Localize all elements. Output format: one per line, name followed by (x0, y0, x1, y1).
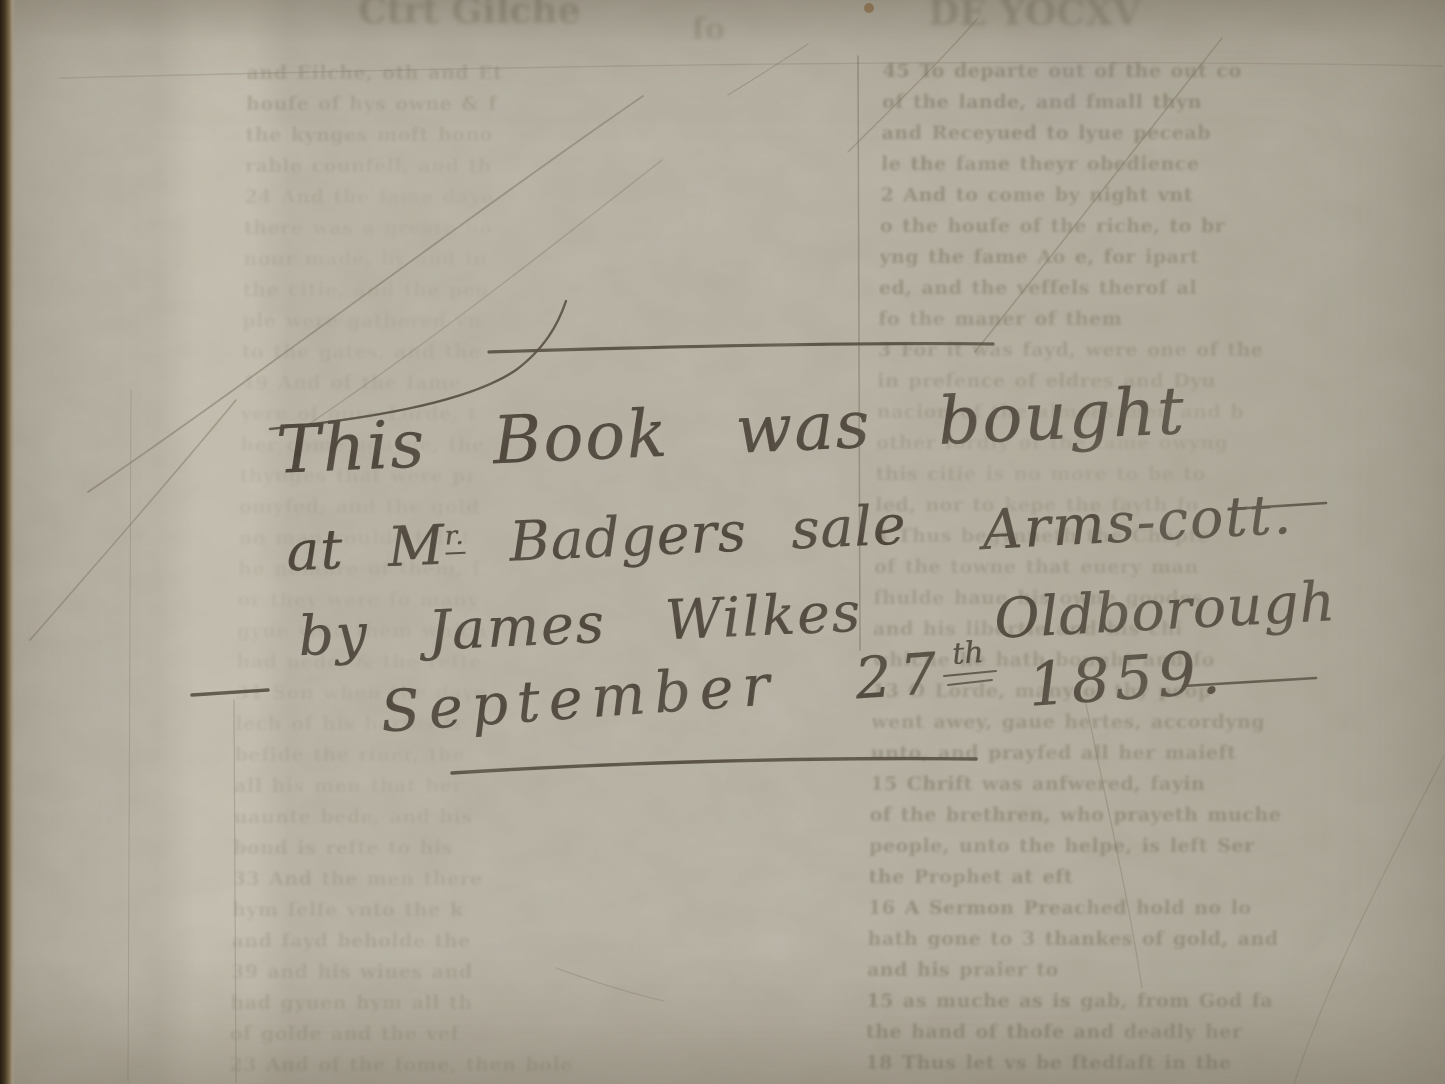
ghost-line: hym ſelfe vnto the k (232, 895, 847, 926)
ghost-line: of the brethren, who prayeth muche (869, 800, 1445, 831)
ghost-line: 3 For it was fayd, were one of the (878, 335, 1445, 366)
ghost-line: befide the riuer, the (234, 740, 849, 771)
ghost-line: lech of his hartes tr (235, 709, 850, 740)
ghost-line: yere of oure Lorde, t (240, 399, 855, 430)
ghost-line: 39 and his wiues and (231, 957, 846, 988)
ghost-line: the citie, and the peo (243, 275, 858, 306)
ghost-line: the hand of thofe and deadly her (866, 1017, 1442, 1048)
ghost-line: o the houfe of the riche, to br (880, 211, 1445, 242)
ghost-line: other lordly of the fame owyng (876, 428, 1445, 459)
ghost-line: ed, and the veffels therof al (879, 273, 1445, 304)
ghost-line: 45 To departe out of the out co (882, 56, 1445, 87)
ghost-line: people, unto the helpe, is left Ser (869, 831, 1445, 862)
ghost-line: and his praier to (867, 955, 1443, 986)
ghost-line: had nede, & the refte (236, 647, 851, 678)
ghost-line: 33 And the men there (232, 864, 847, 895)
ghost-line: 16 A Sermon Preached hold no lo (868, 893, 1444, 924)
ghost-line: and Receyued to lyue peceab (881, 118, 1445, 149)
ghost-line: 2 And to come by night vnt (880, 180, 1445, 211)
rust-spot (864, 3, 874, 13)
ghost-line: le the fame theyr obedience (881, 149, 1445, 180)
ghost-line: uaunte bede, and his (233, 802, 848, 833)
ghost-line: fhulde haue his owne goodes (873, 583, 1445, 614)
ghost-line: went awey, gaue hertes, accordyng (871, 707, 1445, 738)
book-binding-edge (0, 0, 15, 1084)
ghost-line: 23 And of the fome, then bole (229, 1050, 844, 1081)
ghost-line: of the lande, and fmall thyn (882, 87, 1445, 118)
ghost-line: whiche he hath bought and fo (872, 645, 1445, 676)
ghost-line: and fayd beholde the (231, 926, 846, 957)
ghost-line: all his men that her (234, 771, 849, 802)
ghost-print-column-left: and Eilche, oth and Ethoufe of hys owne … (229, 58, 861, 1082)
ghost-line: 24 And the fame daye (244, 182, 859, 213)
ghost-line: unto, and prayfed all her maieft (871, 738, 1445, 769)
ghost-line: nacion of the almoes men and b (876, 397, 1445, 428)
ghost-line: or they were fo many (237, 585, 852, 616)
book-page-photo: Ctrt Gilche ſo DE YOCXV and Eilche, oth … (0, 0, 1445, 1084)
ghost-line: nour made, by and in (243, 244, 858, 275)
ghost-line: of golde and the vef (230, 1019, 845, 1050)
ghost-line: in prefence of eldres and Dyu (877, 366, 1445, 397)
ghost-line: thynges that were pr (239, 461, 854, 492)
ghost-line: and his libertie and his chi (873, 614, 1445, 645)
ghost-line: houfe of hys owne & f (246, 89, 861, 120)
ghost-header-fragment-right: DE YOCXV (928, 0, 1141, 34)
ghost-line: 4 Thus begynneth the Chapte (874, 521, 1445, 552)
ghost-line: rable counfell, and th (245, 151, 860, 182)
ghost-line: of the towne that euery man (874, 552, 1445, 583)
ghost-line: gyue vnto them which (237, 616, 852, 647)
ghost-header-fragment-mid: ſo (692, 12, 725, 47)
ghost-line: the Prophet at eft (868, 862, 1444, 893)
ghost-line: and Eilche, oth and Et (246, 58, 861, 89)
ghost-line: 49 And of the fame (241, 368, 856, 399)
ghost-line: 15 Chrift was anfwered, fayin (870, 769, 1445, 800)
ghost-line: had gyuen hym all th (230, 988, 845, 1019)
ghost-header-fragment-left: Ctrt Gilche (358, 0, 581, 32)
ghost-line: there was a greate ho (244, 213, 859, 244)
ghost-line: no man coulde tell t (238, 523, 853, 554)
ghost-line: this citie is no more to be to (875, 459, 1445, 490)
ghost-line: 31 Son when the daye (236, 678, 851, 709)
ghost-line: yng the fame Ao e, for ipart (879, 242, 1445, 273)
ghost-line: 13 O Lorde, many of thy peop (872, 676, 1445, 707)
ghost-line: ple were gathered vn (242, 306, 857, 337)
ghost-line: her come agayne, the (240, 430, 855, 461)
ghost-line: he nombre of them, f (238, 554, 853, 585)
ghost-line: to the gates, and the (242, 337, 857, 368)
ghost-line: led, nor to kepe the fayth fo (875, 490, 1445, 521)
ghost-line: bond is refte to his (233, 833, 848, 864)
ghost-line: 18 Thus let vs be ftedfaft in the (865, 1048, 1441, 1079)
ghost-print-column-right: 45 To departe out of the out coof the la… (865, 56, 1445, 1082)
ghost-line: 15 as muche as is gab, from God fa (866, 986, 1442, 1017)
ghost-line: the kynges moft hono (245, 120, 860, 151)
ghost-line: fo the maner of them (878, 304, 1445, 335)
ghost-line: omyfed, and the gold (239, 492, 854, 523)
ghost-line: hath gone to 3 thankes of gold, and (867, 924, 1443, 955)
